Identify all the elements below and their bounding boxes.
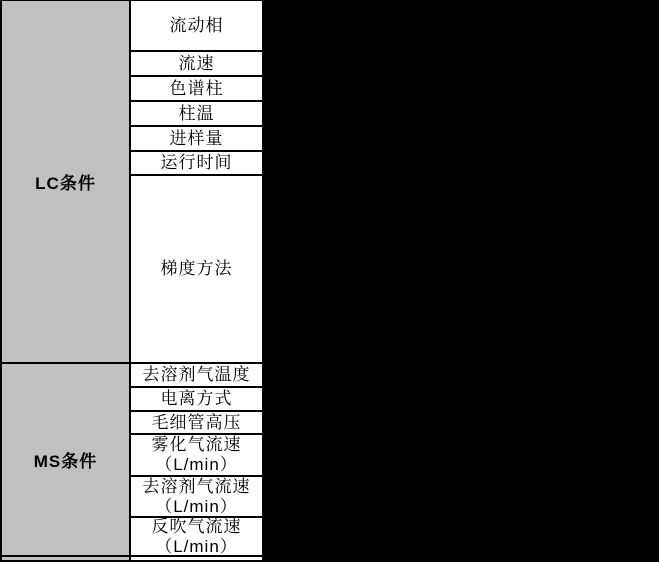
row-label: 毛细管高压 bbox=[152, 413, 242, 433]
table-row: 梯度方法 bbox=[131, 176, 262, 364]
table-row: 去溶剂气流速 （L/min） bbox=[131, 477, 262, 518]
row-label: 运行时间 bbox=[161, 153, 233, 173]
document-background: LC条件 MS条件 流动相 流速 色谱柱 柱温 进样量 运行时间 梯度方法 去溶… bbox=[0, 0, 659, 562]
table-row: 电离方式 bbox=[131, 388, 262, 412]
section-label-lc: LC条件 bbox=[35, 169, 96, 194]
section-column: LC条件 MS条件 bbox=[2, 1, 131, 557]
table-row: 进样量 bbox=[131, 127, 262, 152]
row-label: 色谱柱 bbox=[170, 79, 224, 99]
row-label: 雾化气流速 （L/min） bbox=[152, 435, 242, 475]
row-label: 去溶剂气温度 bbox=[143, 365, 251, 385]
table-row: 流动相 bbox=[131, 1, 262, 52]
row-label: 电离方式 bbox=[161, 389, 233, 409]
conditions-table: LC条件 MS条件 流动相 流速 色谱柱 柱温 进样量 运行时间 梯度方法 去溶… bbox=[0, 0, 262, 557]
table-row: 反吹气流速 （L/min） bbox=[131, 518, 262, 557]
row-label: 柱温 bbox=[179, 104, 215, 124]
table-row: 去溶剂气温度 bbox=[131, 364, 262, 388]
row-label: 流速 bbox=[179, 54, 215, 74]
next-row-sliver bbox=[0, 557, 262, 560]
table-row: 雾化气流速 （L/min） bbox=[131, 435, 262, 477]
row-label: 梯度方法 bbox=[161, 259, 233, 279]
table-row: 运行时间 bbox=[131, 152, 262, 176]
section-cell-ms: MS条件 bbox=[2, 364, 131, 557]
row-label: 流动相 bbox=[170, 16, 224, 36]
sliver-white-cell bbox=[131, 557, 262, 560]
table-row: 柱温 bbox=[131, 102, 262, 127]
row-label: 进样量 bbox=[170, 129, 224, 149]
section-cell-lc: LC条件 bbox=[2, 1, 131, 364]
section-label-ms: MS条件 bbox=[34, 447, 98, 472]
table-row: 毛细管高压 bbox=[131, 412, 262, 435]
table-row: 色谱柱 bbox=[131, 77, 262, 102]
sliver-gray-cell bbox=[2, 557, 129, 560]
row-label: 反吹气流速 （L/min） bbox=[152, 518, 242, 557]
row-label: 去溶剂气流速 （L/min） bbox=[143, 477, 251, 517]
parameter-column: 流动相 流速 色谱柱 柱温 进样量 运行时间 梯度方法 去溶剂气温度 电离方式 … bbox=[131, 1, 262, 557]
table-row: 流速 bbox=[131, 52, 262, 77]
